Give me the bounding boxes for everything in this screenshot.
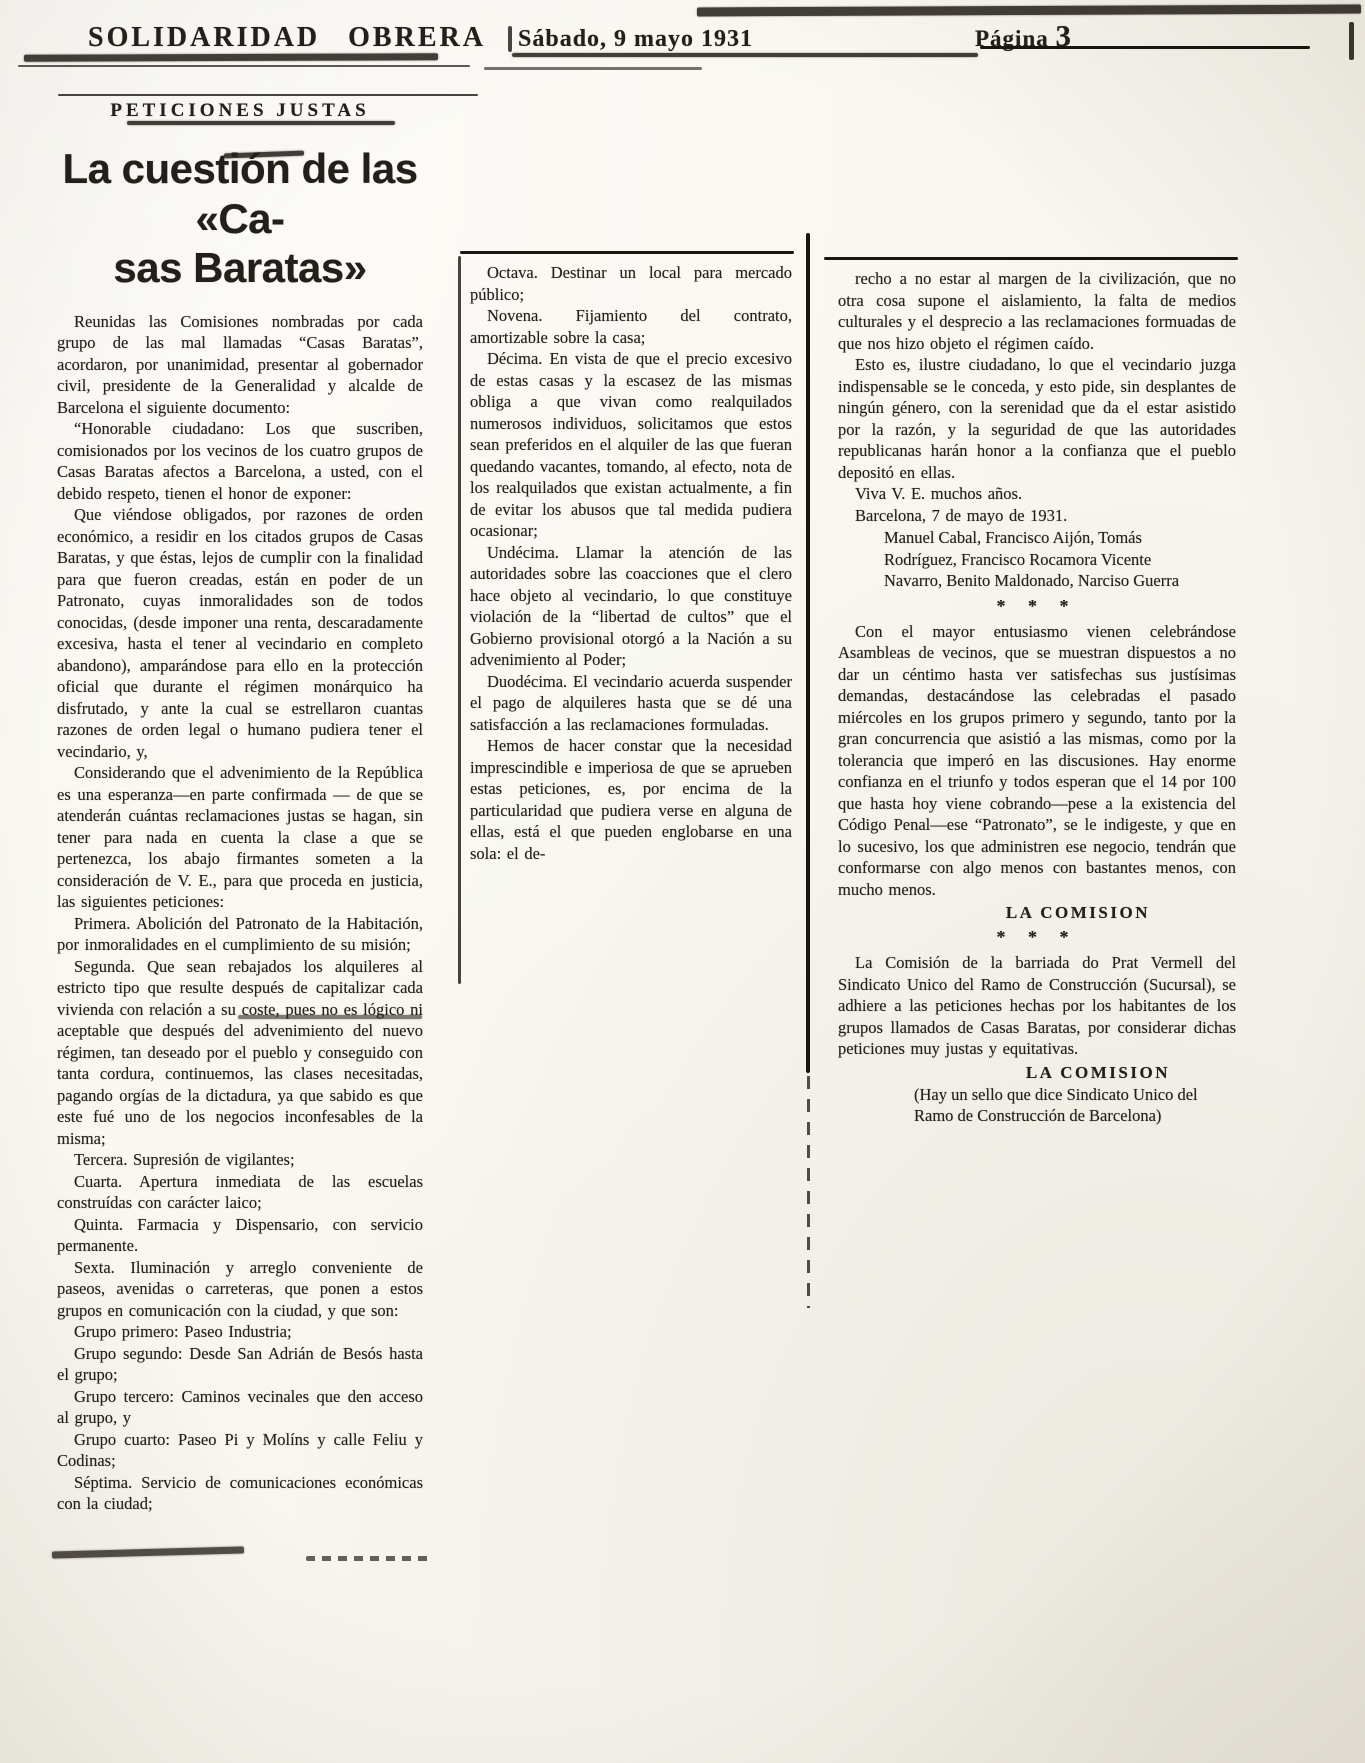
issue-date: Sábado, 9 mayo 1931 — [518, 26, 753, 53]
commission-signature: LA COMISION — [838, 903, 1236, 923]
separator-stars: * * * — [838, 596, 1236, 617]
article-column-1: PETICIONES JUSTAS La cuestión de las «Ca… — [57, 92, 423, 1515]
article-paragraph: Quinta. Farmacia y Dispensario, con serv… — [57, 1214, 423, 1257]
article-paragraph: Octava. Destinar un local para mercado p… — [470, 262, 792, 305]
article-kicker: PETICIONES JUSTAS — [57, 100, 423, 122]
headline-line-1: La cuestión de las «Ca- — [62, 145, 417, 242]
article-paragraph: recho a no estar al margen de la civiliz… — [838, 268, 1236, 354]
date-tick — [508, 26, 512, 52]
article-paragraph: Séptima. Servicio de comunicaciones econ… — [57, 1472, 423, 1515]
article-paragraph: Primera. Abolición del Patronato de la H… — [57, 913, 423, 956]
masthead-smudge-center — [484, 67, 702, 70]
article-paragraph: Con el mayor entusiasmo vienen celebránd… — [838, 621, 1236, 901]
article-headline: La cuestión de las «Ca-sas Baratas» — [57, 144, 423, 293]
article-paragraph: “Honorable ciudadano: Los que suscriben,… — [57, 418, 423, 504]
article-paragraph: Grupo segundo: Desde San Adrián de Besós… — [57, 1343, 423, 1386]
seal-note: (Hay un sello que dice Sindicato Unico d… — [914, 1084, 1220, 1127]
article-paragraph: Grupo primero: Paseo Industria; — [57, 1321, 423, 1343]
commission-signature: LA COMISION — [838, 1063, 1236, 1083]
article-paragraph: Duodécima. El vecindario acuerda suspend… — [470, 671, 792, 736]
dateline: Barcelona, 7 de mayo de 1931. — [838, 505, 1236, 527]
column2-top-rule — [460, 251, 794, 254]
column-divider-1-2 — [458, 256, 461, 984]
article-paragraph: Considerando que el advenimiento de la R… — [57, 762, 423, 913]
column-divider-2-3-dashed — [807, 1076, 810, 1308]
separator-stars: * * * — [838, 927, 1236, 948]
article-paragraph: Grupo cuarto: Paseo Pi y Molíns y calle … — [57, 1429, 423, 1472]
article-paragraph: Esto es, ilustre ciudadano, lo que el ve… — [838, 354, 1236, 483]
article-paragraph: Décima. En vista de que el precio excesi… — [470, 348, 792, 542]
masthead-thin-rule-left — [18, 65, 470, 67]
date-underline — [512, 53, 978, 57]
article-column-3: recho a no estar al margen de la civiliz… — [838, 268, 1236, 1127]
article-paragraph: Segunda. Que sean rebajados los alquiler… — [57, 956, 423, 1150]
article-paragraph: Reunidas las Comisiones nombradas por ca… — [57, 311, 423, 419]
article-paragraph: Hemos de hacer constar que la necesidad … — [470, 735, 792, 864]
scan-strikethrough-bottom — [52, 1546, 244, 1558]
signatories: Manuel Cabal, Francisco Aijón, Tomás Rod… — [884, 527, 1190, 592]
article-paragraph: Grupo tercero: Caminos vecinales que den… — [57, 1386, 423, 1429]
headline-line-2: sas Baratas» — [113, 244, 366, 291]
article-column-2: Octava. Destinar un local para mercado p… — [470, 262, 792, 864]
article-paragraph: Sexta. Iluminación y arreglo conveniente… — [57, 1257, 423, 1322]
article-paragraph: Undécima. Llamar la atención de las auto… — [470, 542, 792, 671]
viva-line: Viva V. E. muchos años. — [838, 483, 1236, 505]
scan-artifact-right-tick — [1349, 22, 1354, 60]
column3-top-rule — [824, 257, 1238, 260]
article-paragraph: La Comisión de la barriada do Prat Verme… — [838, 952, 1236, 1060]
scan-dots-bottom — [306, 1556, 430, 1561]
column-divider-2-3 — [806, 233, 810, 1073]
masthead-underline-left — [24, 53, 438, 61]
article-paragraph: Tercera. Supresión de vigilantes; — [57, 1149, 423, 1171]
article-paragraph: Novena. Fijamiento del contrato, amortiz… — [470, 305, 792, 348]
masthead-rule-right — [980, 46, 1310, 49]
scan-artifact-top-bar — [697, 5, 1361, 17]
publication-title: SOLIDARIDAD OBRERA — [88, 22, 486, 54]
newspaper-page: SOLIDARIDAD OBRERA Sábado, 9 mayo 1931 P… — [0, 0, 1365, 1763]
article-paragraph: Cuarta. Apertura inmediata de las escuel… — [57, 1171, 423, 1214]
article-paragraph: Que viéndose obligados, por razones de o… — [57, 504, 423, 762]
